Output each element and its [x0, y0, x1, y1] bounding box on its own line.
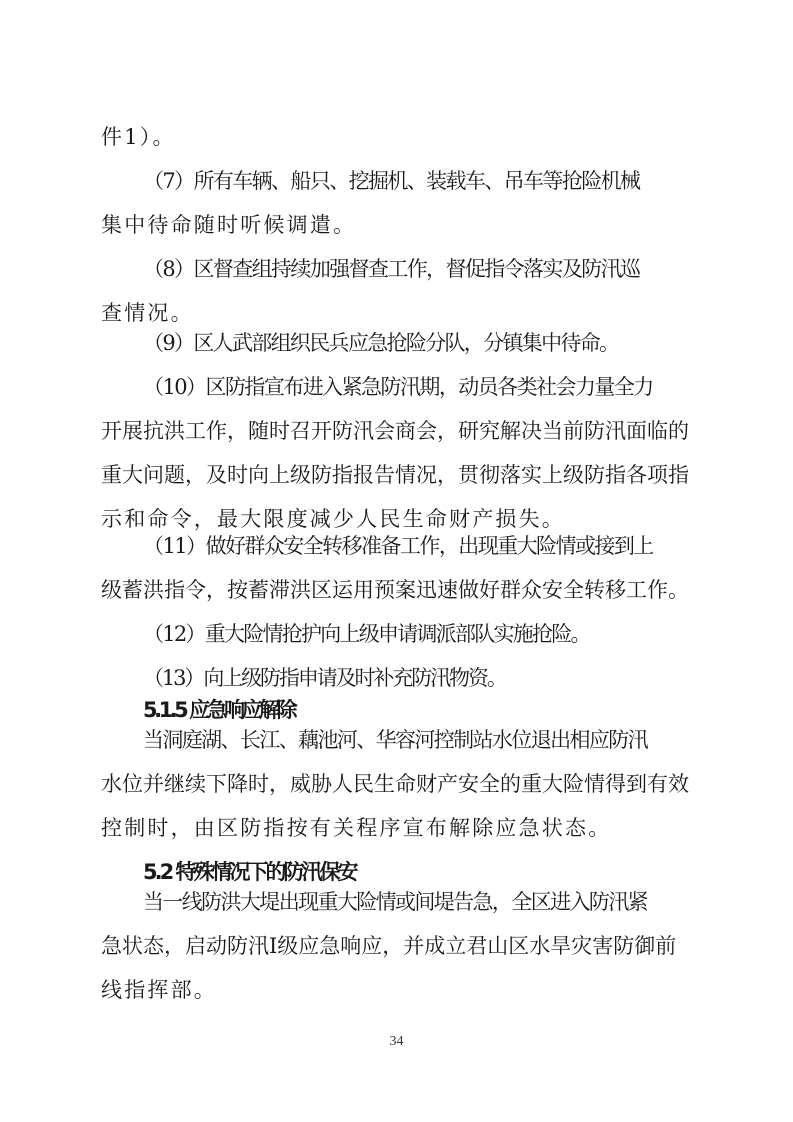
document-page: 件1）。（7）所有车辆、船只、挖掘机、装载车、吊车等抢险机械集中待命随时听候调遣…: [0, 0, 793, 1122]
paragraph-line: （8）区督查组持续加强督查工作，督促指令落实及防汛巡: [143, 255, 740, 283]
paragraph-line: （9）区人武部组织民兵应急抢险分队，分镇集中待命。: [143, 329, 740, 357]
page-number: 34: [0, 1034, 793, 1050]
paragraph-line: 当一线防洪大堤出现重大险情或间堤告急，全区进入防汛紧: [143, 888, 740, 916]
paragraph-line: 重大问题，及时向上级防指报告情况，贯彻落实上级防指各项指: [101, 461, 698, 489]
paragraph-line: 急状态，启动防汛Ⅰ级应急响应，并成立君山区水旱灾害防御前: [101, 932, 698, 960]
paragraph-line: （11）做好群众安全转移准备工作，出现重大险情或接到上: [143, 532, 740, 560]
paragraph-line: 线指挥部。: [101, 976, 698, 1004]
paragraph-line: 开展抗洪工作，随时召开防汛会商会，研究解决当前防汛面临的: [101, 417, 698, 445]
paragraph-line: 级蓄洪指令，按蓄滞洪区运用预案迅速做好群众安全转移工作。: [101, 576, 698, 604]
paragraph-line: 水位并继续下降时，威胁人民生命财产安全的重大险情得到有效: [101, 770, 698, 798]
paragraph-line: 控制时，由区防指按有关程序宣布解除应急状态。: [101, 814, 698, 842]
paragraph-line: 示和命令，最大限度减少人民生命财产损失。: [101, 505, 698, 533]
paragraph-line: （10）区防指宣布进入紧急防汛期，动员各类社会力量全力: [143, 373, 740, 401]
section-heading: 5.2 特殊情况下的防汛保安: [143, 858, 740, 886]
paragraph-line: 查情况。: [101, 299, 698, 327]
paragraph-line: （7）所有车辆、船只、挖掘机、装载车、吊车等抢险机械: [143, 167, 740, 195]
paragraph-line: 集中待命随时听候调遣。: [101, 211, 698, 239]
paragraph-line: （13）向上级防指申请及时补充防汛物资。: [143, 664, 740, 692]
paragraph-line: （12）重大险情抢护向上级申请调派部队实施抢险。: [143, 620, 740, 648]
paragraph-line: 当洞庭湖、长江、藕池河、华容河控制站水位退出相应防汛: [143, 726, 740, 754]
section-heading: 5.1.5 应急响应解除: [143, 696, 740, 724]
paragraph-line: 件1）。: [101, 123, 698, 151]
